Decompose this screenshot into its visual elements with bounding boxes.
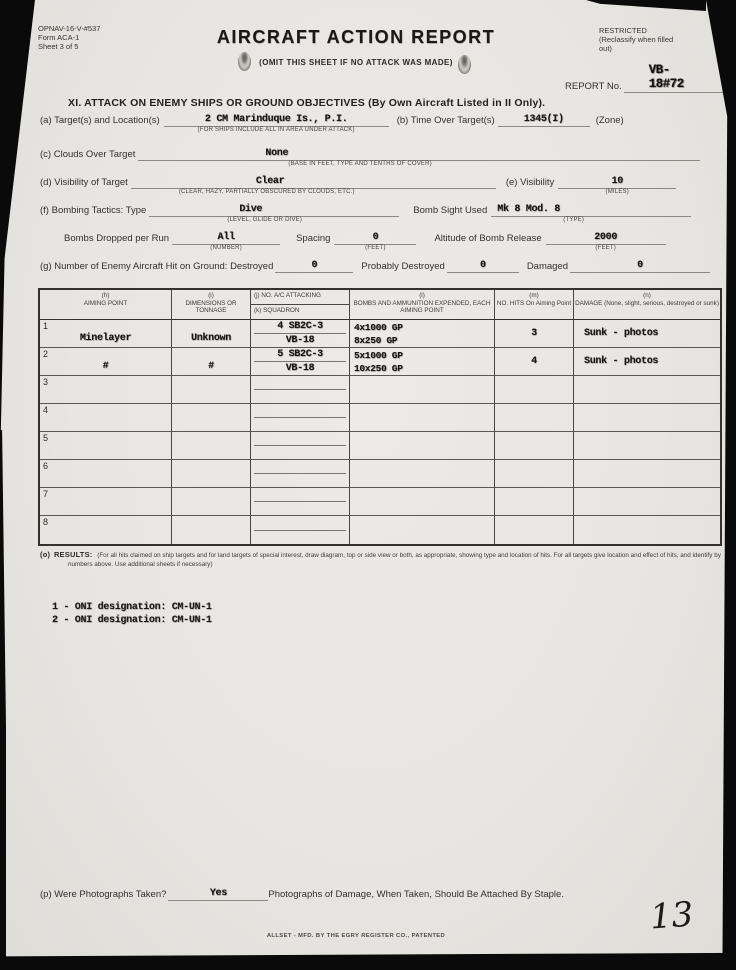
damaged-label: Damaged: [527, 261, 568, 273]
table-row-5-hits: [495, 432, 574, 460]
staple-grommet-left: [238, 52, 251, 71]
field-line-p: (p) Were Photographs Taken? Yes Photogra…: [40, 886, 564, 901]
table-row-2-hits: 4: [495, 348, 574, 376]
vis-target-value: Clear: [256, 176, 285, 187]
sight-field: Mk 8 Mod. 8 (TYPE): [491, 202, 691, 217]
table-row-3-dimensions: [172, 376, 251, 404]
table-row-4-ac-squadron: [251, 404, 350, 432]
spacing-caption: (FEET): [365, 245, 386, 251]
table-row-3-hits: [495, 376, 574, 404]
table-row-8-ac-squadron: [251, 516, 350, 544]
photos-label: (p) Were Photographs Taken?: [40, 889, 166, 901]
table-row-5-damage: [574, 432, 720, 460]
table-row-1-dimensions: Unknown: [172, 320, 251, 348]
spacing-field: 0 (FEET): [334, 230, 416, 245]
target-label: (a) Target(s) and Location(s): [40, 115, 160, 127]
table-row-1-hits: 3: [495, 320, 574, 348]
table-row-7-bombs: [350, 488, 495, 516]
probably-field: 0: [447, 258, 519, 273]
aircraft-hit-label: (g) Number of Enemy Aircraft Hit on Grou…: [40, 261, 273, 273]
results-paragraph: (o) RESULTS: (For all hits claimed on sh…: [40, 551, 724, 569]
table-row-2-aiming: 2 #: [40, 348, 172, 376]
oni-designations: 1 - ONI designation: CM-UN-1 2 - ONI des…: [52, 602, 212, 627]
vis-target-label: (d) Visibility of Target: [40, 177, 128, 189]
damaged-value: 0: [637, 260, 643, 271]
visibility-label: (e) Visibility: [506, 177, 554, 189]
altitude-caption: (FEET): [595, 245, 616, 251]
time-suffix: (Zone): [596, 115, 624, 127]
tactics-value: Dive: [239, 204, 262, 215]
table-row-6-dimensions: [172, 460, 251, 488]
table-row-1-bombs: 4x1000 GP 8x250 GP: [350, 320, 495, 348]
table-row-7-ac-squadron: [251, 488, 350, 516]
table-row-5-ac-squadron: [251, 432, 350, 460]
table-row-4-aiming: 4: [40, 404, 172, 432]
table-row-8-hits: [495, 516, 574, 544]
col-header-ac-squadron: (j) NO. A/C ATTACKING (k) SQUADRON: [251, 290, 350, 320]
visibility-caption: (MILES): [606, 189, 629, 195]
probably-value: 0: [480, 260, 486, 271]
table-row-5-aiming: 5: [40, 432, 172, 460]
table-row-7-aiming: 7: [40, 488, 172, 516]
clouds-label: (c) Clouds Over Target: [40, 149, 135, 161]
photos-value: Yes: [210, 888, 227, 899]
target-value: 2 CM Marinduque Is., P.I.: [205, 114, 348, 125]
destroyed-value: 0: [312, 260, 318, 271]
visibility-field: 10 (MILES): [558, 174, 676, 189]
table-row-7-damage: [574, 488, 720, 516]
field-line-f: (f) Bombing Tactics: Type Dive (LEVEL, G…: [40, 202, 691, 217]
table-row-5-dimensions: [172, 432, 251, 460]
field-line-run: Bombs Dropped per Run All (NUMBER) Spaci…: [64, 230, 666, 245]
clouds-field: None (BASE IN FEET, TYPE AND TENTHS OF C…: [138, 146, 700, 161]
staple-grommet-right: [458, 55, 471, 74]
time-value: 1345(I): [524, 114, 564, 125]
table-row-4-hits: [495, 404, 574, 432]
visibility-value: 10: [612, 176, 623, 187]
omit-note: (OMIT THIS SHEET IF NO ATTACK WAS MADE): [0, 58, 712, 67]
table-row-4-bombs: [350, 404, 495, 432]
table-row-8-aiming: 8: [40, 516, 172, 544]
col-header-bombs: (l) BOMBS AND AMMUNITION EXPENDED, EACH …: [350, 290, 495, 320]
col-header-dimensions: (i) DIMENSIONS OR TONNAGE: [172, 290, 251, 320]
classification-label: RESTRICTED: [599, 26, 685, 35]
tactics-label: (f) Bombing Tactics: Type: [40, 205, 146, 217]
attack-table: (h) AIMING POINT (i) DIMENSIONS OR TONNA…: [38, 288, 722, 546]
classification-note: (Reclassify when filled out): [599, 35, 685, 53]
handwritten-page-number: 13: [649, 895, 695, 938]
tactics-caption: (LEVEL, GLIDE OR DIVE): [227, 217, 302, 223]
photos-note: Photographs of Damage, When Taken, Shoul…: [268, 889, 564, 901]
run-label: Bombs Dropped per Run: [64, 233, 169, 245]
run-field: All (NUMBER): [172, 230, 280, 245]
table-row-2-ac-squadron: 5 SB2C-3 VB-18: [251, 348, 350, 376]
table-row-6-damage: [574, 460, 720, 488]
field-line-d: (d) Visibility of Target Clear (CLEAR, H…: [40, 174, 676, 189]
target-field: 2 CM Marinduque Is., P.I. (FOR SHIPS INC…: [164, 112, 389, 127]
sight-label: Bomb Sight Used: [413, 205, 487, 217]
table-row-1-ac-squadron: 4 SB2C-3 VB-18: [251, 320, 350, 348]
table-row-6-bombs: [350, 460, 495, 488]
results-tag: (o): [40, 550, 50, 559]
table-row-7-hits: [495, 488, 574, 516]
time-label: (b) Time Over Target(s): [397, 115, 495, 127]
table-row-4-damage: [574, 404, 720, 432]
probably-label: Probably Destroyed: [361, 261, 444, 273]
table-row-8-bombs: [350, 516, 495, 544]
sight-caption: (TYPE): [563, 217, 584, 223]
run-caption: (NUMBER): [210, 245, 242, 251]
altitude-label: Altitude of Bomb Release: [434, 233, 541, 245]
target-caption: (FOR SHIPS INCLUDE ALL IN AREA UNDER ATT…: [198, 127, 355, 133]
altitude-value: 2000: [594, 232, 617, 243]
field-line-c: (c) Clouds Over Target None (BASE IN FEE…: [40, 146, 700, 161]
table-row-3-damage: [574, 376, 720, 404]
table-row-6-ac-squadron: [251, 460, 350, 488]
table-row-5-bombs: [350, 432, 495, 460]
clouds-caption: (BASE IN FEET, TYPE AND TENTHS OF COVER): [288, 161, 431, 167]
oni-line-2: 2 - ONI designation: CM-UN-1: [52, 615, 212, 628]
table-row-6-aiming: 6: [40, 460, 172, 488]
damaged-field: 0: [570, 258, 710, 273]
printer-mark: ALLSET - MFD. BY THE EGRY REGISTER CO., …: [0, 933, 712, 939]
field-line-a: (a) Target(s) and Location(s) 2 CM Marin…: [40, 112, 702, 127]
run-value: All: [218, 232, 235, 243]
time-field: 1345(I): [498, 112, 590, 127]
table-row-1-aiming: 1 Minelayer: [40, 320, 172, 348]
results-instructions: (For all hits claimed on ship targets an…: [68, 552, 721, 568]
col-header-no-ac: (j) NO. A/C ATTACKING: [251, 290, 349, 305]
table-row-3-aiming: 3: [40, 376, 172, 404]
table-row-7-dimensions: [172, 488, 251, 516]
col-header-damage: (n) DAMAGE (None, slight, serious, destr…: [574, 290, 720, 320]
spacing-label: Spacing: [296, 233, 330, 245]
vis-target-field: Clear (CLEAR, HAZY, PARTIALLY OBSCURED B…: [131, 174, 496, 189]
table-row-3-ac-squadron: [251, 376, 350, 404]
destroyed-field: 0: [275, 258, 353, 273]
table-row-1-damage: Sunk - photos: [574, 320, 720, 348]
table-row-8-dimensions: [172, 516, 251, 544]
table-row-2-dimensions: #: [172, 348, 251, 376]
col-header-hits: (m) NO. HITS On Aiming Point: [495, 290, 574, 320]
classification-block: RESTRICTED (Reclassify when filled out): [599, 26, 685, 53]
table-row-4-dimensions: [172, 404, 251, 432]
report-no-stamp: VB-18#72: [649, 63, 699, 91]
spacing-value: 0: [373, 232, 379, 243]
table-row-3-bombs: [350, 376, 495, 404]
table-row-2-bombs: 5x1000 GP 10x250 GP: [350, 348, 495, 376]
clouds-value: None: [265, 148, 288, 159]
table-row-2-damage: Sunk - photos: [574, 348, 720, 376]
results-title: RESULTS:: [54, 550, 93, 559]
col-header-squadron: (k) SQUADRON: [251, 305, 349, 319]
field-line-g: (g) Number of Enemy Aircraft Hit on Grou…: [40, 258, 710, 273]
oni-line-1: 1 - ONI designation: CM-UN-1: [52, 602, 212, 615]
report-no-label: REPORT No.: [565, 81, 622, 93]
photos-field: Yes: [168, 886, 268, 901]
col-header-aiming-point: (h) AIMING POINT: [40, 290, 172, 320]
tactics-field: Dive (LEVEL, GLIDE OR DIVE): [149, 202, 399, 217]
altitude-field: 2000 (FEET): [546, 230, 666, 245]
scanned-page: OPNAV-16-V-#537 Form ACA-1 Sheet 3 of 5 …: [0, 0, 736, 970]
vis-target-caption: (CLEAR, HAZY, PARTIALLY OBSCURED BY CLOU…: [179, 189, 355, 195]
report-number-line: REPORT No. VB-18#72: [565, 78, 724, 93]
table-row-8-damage: [574, 516, 720, 544]
section-xi-title: XI. ATTACK ON ENEMY SHIPS OR GROUND OBJE…: [68, 97, 545, 109]
table-row-6-hits: [495, 460, 574, 488]
sight-value: Mk 8 Mod. 8: [497, 204, 560, 215]
